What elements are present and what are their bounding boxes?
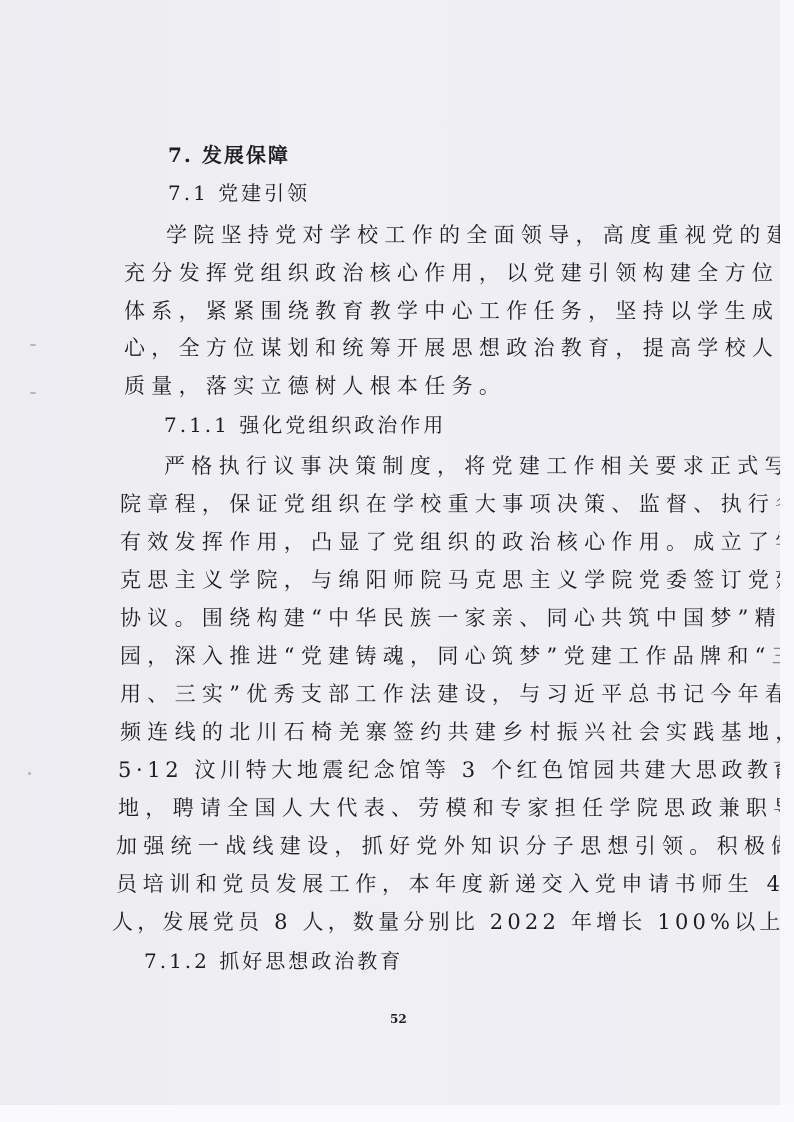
- paragraph-line: 人，发展党员 8 人，数量分别比 2022 年增长 100%以上。: [112, 909, 794, 935]
- heading-development-guarantee: 7. 发展保障: [168, 142, 290, 168]
- heading-strengthen-party-organization: 7.1.1 强化党组织政治作用: [164, 412, 446, 438]
- scan-edge-right: [780, 0, 794, 1122]
- paragraph-line: 克思主义学院，与绵阳师院马克思主义学院党委签订党建共建: [120, 567, 794, 593]
- paragraph-line: 员培训和党员发展工作，本年度新递交入党申请书师生 462: [116, 871, 794, 897]
- page-number: 52: [390, 1012, 407, 1026]
- paragraph-line: 院章程，保证党组织在学校重大事项决策、监督、执行各环节: [120, 491, 794, 517]
- paragraph-line: 协议。围绕构建“中华民族一家亲、同心共筑中国梦”精神家: [120, 605, 794, 631]
- paragraph-line: 用、三实”优秀支部工作法建设，与习近平总书记今年春节视: [120, 681, 794, 707]
- paragraph-line: 体系，紧紧围绕教育教学中心工作任务，坚持以学生成长为中: [124, 298, 794, 324]
- paragraph-line: 心，全方位谋划和统筹开展思想政治教育，提高学校人才培养: [124, 335, 794, 361]
- scan-margin-mark: [30, 344, 36, 346]
- paragraph-line: 频连线的北川石椅羌寨签约共建乡村振兴社会实践基地，与: [120, 719, 794, 745]
- paragraph-line: 严格执行议事决策制度，将党建工作相关要求正式写入学: [164, 453, 794, 479]
- paragraph-line: 充分发挥党组织政治核心作用，以党建引领构建全方位的育人: [124, 260, 794, 286]
- paragraph-line: 有效发挥作用，凸显了党组织的政治核心作用。成立了学院马: [120, 529, 794, 555]
- paragraph-line: 5·12 汶川特大地震纪念馆等 3 个红色馆园共建大思政教育基: [118, 757, 794, 783]
- scan-edge-bottom: [0, 1105, 794, 1122]
- scan-margin-mark: [28, 772, 31, 775]
- heading-party-building-leadership: 7.1 党建引领: [168, 180, 310, 206]
- paragraph-line: 加强统一战线建设，抓好党外知识分子思想引领。积极做好党: [116, 833, 794, 859]
- scan-margin-mark: [30, 392, 36, 394]
- paragraph-line: 地，聘请全国人大代表、劳模和专家担任学院思政兼职导师。: [118, 795, 794, 821]
- paragraph-line: 学院坚持党对学校工作的全面领导，高度重视党的建设，: [166, 222, 794, 248]
- heading-ideological-political-education: 7.1.2 抓好思想政治教育: [144, 948, 403, 974]
- document-page: 7. 发展保障 7.1 党建引领 学院坚持党对学校工作的全面领导，高度重视党的建…: [0, 0, 780, 1105]
- paragraph-line: 质量，落实立德树人根本任务。: [124, 373, 506, 399]
- paragraph-line: 园，深入推进“党建铸魂，同心筑梦”党建工作品牌和“三: [120, 643, 794, 669]
